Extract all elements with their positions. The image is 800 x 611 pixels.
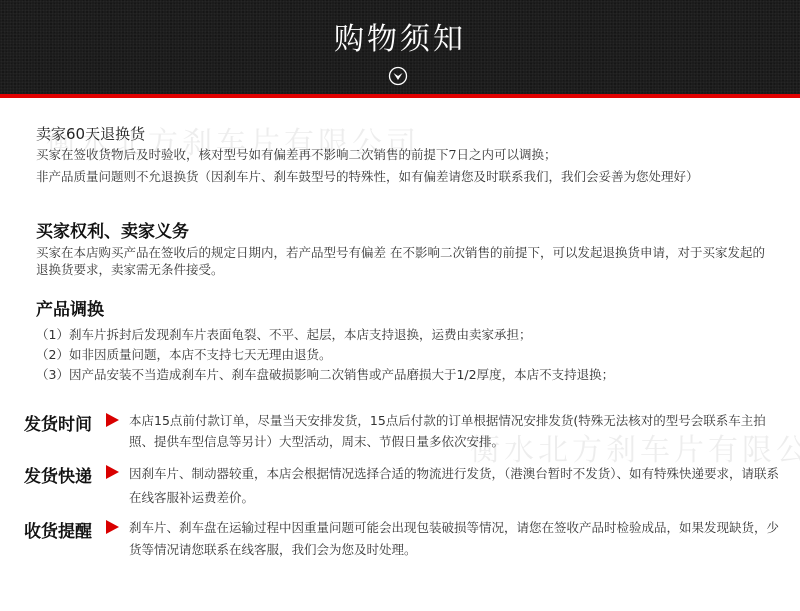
section-title: 买家权利、卖家义务 — [36, 222, 786, 242]
notice-shipping-time: 发货时间 本店15点前付款订单，尽量当天安排发货，15点后付款的订单根据情况安排… — [24, 410, 784, 452]
notice-label: 发货快递 — [24, 462, 104, 510]
notice-express: 发货快递 因刹车片、制动器较重，本店会根据情况选择合适的物流进行发货，（港澳台暂… — [24, 462, 784, 510]
notice-label: 发货时间 — [24, 410, 104, 452]
section-title: 卖家60天退换货 — [36, 124, 786, 144]
notice-text: 本店15点前付款订单，尽量当天安排发货，15点后付款的订单根据情况安排发货(特殊… — [129, 410, 784, 452]
chevron-down-circle-icon — [388, 66, 408, 86]
red-triangle-arrow-icon — [106, 520, 119, 534]
section-line: 买家在本店购买产品在签收后的规定日期内，若产品型号有偏差 在不影响二次销售的前提… — [36, 244, 776, 278]
notice-receipt-reminder: 收货提醒 刹车片、刹车盘在运输过程中因重量问题可能会出现包装破损等情况，请您在签… — [24, 517, 784, 561]
page-header: 购物须知 — [0, 0, 800, 94]
section-60-day-return: 卖家60天退换货 买家在签收货物后及时验收，核对型号如有偏差再不影响二次销售的前… — [36, 124, 786, 188]
section-line: 买家在签收货物后及时验收，核对型号如有偏差再不影响二次销售的前提下7日之内可以调… — [36, 144, 786, 166]
notice-text: 因刹车片、制动器较重，本店会根据情况选择合适的物流进行发货，（港澳台暂时不发货）… — [129, 462, 784, 510]
notice-text: 刹车片、刹车盘在运输过程中因重量问题可能会出现包装破损等情况，请您在签收产品时检… — [129, 517, 784, 561]
section-product-exchange: 产品调换 （1）刹车片拆封后发现刹车片表面龟裂、不平、起层，本店支持退换，运费由… — [36, 300, 786, 383]
section-line: （2）如非因质量问题，本店不支持七天无理由退货。 — [36, 346, 786, 363]
section-title: 产品调换 — [36, 300, 786, 320]
section-line: （1）刹车片拆封后发现刹车片表面龟裂、不平、起层，本店支持退换，运费由卖家承担； — [36, 326, 786, 343]
header-divider — [0, 94, 800, 98]
section-line: （3）因产品安装不当造成刹车片、刹车盘破损影响二次销售或产品磨损大于1/2厚度，… — [36, 366, 786, 383]
red-triangle-arrow-icon — [106, 465, 119, 479]
section-rights-obligations: 买家权利、卖家义务 买家在本店购买产品在签收后的规定日期内，若产品型号有偏差 在… — [36, 222, 786, 278]
notice-label: 收货提醒 — [24, 517, 104, 561]
red-triangle-arrow-icon — [106, 413, 119, 427]
section-line: 非产品质量问题则不允退换货（因刹车片、刹车鼓型号的特殊性，如有偏差请您及时联系我… — [36, 166, 776, 188]
page-title: 购物须知 — [0, 14, 800, 58]
